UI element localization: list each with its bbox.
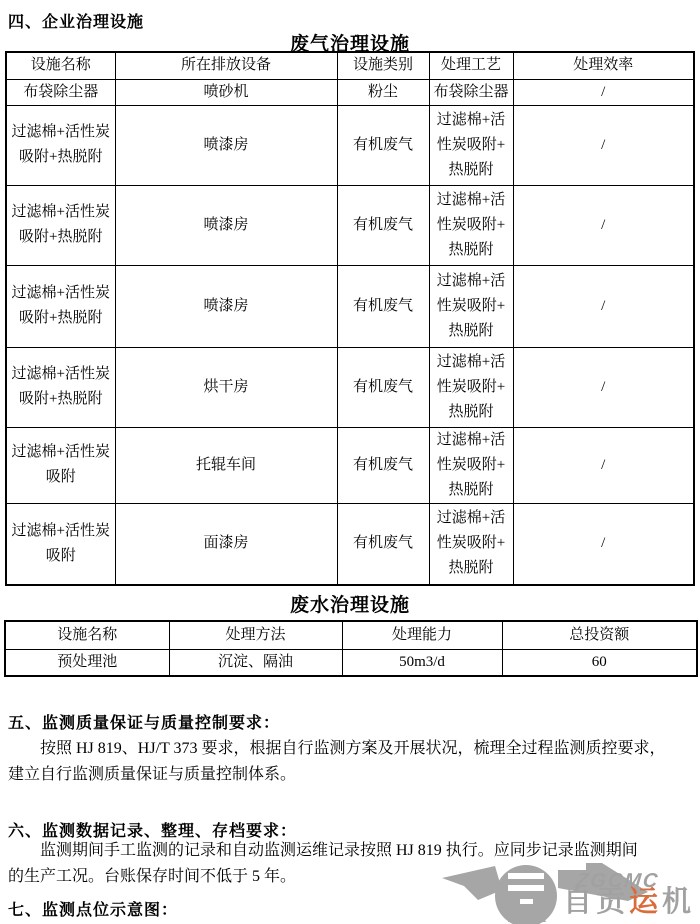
table-cell: 60 bbox=[502, 649, 697, 676]
column-header: 处理方法 bbox=[169, 621, 342, 649]
table-cell: 喷砂机 bbox=[115, 79, 337, 105]
table-cell: 有机废气 bbox=[337, 265, 429, 347]
table-cell: 50m3/d bbox=[342, 649, 502, 676]
table-cell: 过滤棉+活 性炭吸附+ 热脱附 bbox=[429, 347, 513, 427]
table-cell: / bbox=[513, 79, 694, 105]
table-row: 过滤棉+活性炭 吸附+热脱附 喷漆房 有机废气 过滤棉+活 性炭吸附+ 热脱附 … bbox=[6, 105, 694, 185]
table-cell: 布袋除尘器 bbox=[6, 79, 115, 105]
watermark-char: 机 bbox=[662, 886, 695, 918]
table-cell: 有机废气 bbox=[337, 105, 429, 185]
table-cell: / bbox=[513, 347, 694, 427]
table-cell: 有机废气 bbox=[337, 185, 429, 265]
table-cell: 过滤棉+活 性炭吸附+ 热脱附 bbox=[429, 105, 513, 185]
table-cell: 过滤棉+活性炭 吸附+热脱附 bbox=[6, 265, 115, 347]
table-cell: 过滤棉+活性炭 吸附+热脱附 bbox=[6, 185, 115, 265]
watermark-cjk-text: 自贡运机 bbox=[563, 888, 695, 917]
table-cell: 托辊车间 bbox=[115, 427, 337, 503]
column-header: 所在排放设备 bbox=[115, 52, 337, 79]
table-cell: 布袋除尘器 bbox=[429, 79, 513, 105]
table-row: 过滤棉+活性炭 吸附+热脱附 烘干房 有机废气 过滤棉+活 性炭吸附+ 热脱附 … bbox=[6, 347, 694, 427]
table-cell: 喷漆房 bbox=[115, 265, 337, 347]
left-wing-shape bbox=[442, 866, 502, 900]
emblem-line bbox=[508, 885, 544, 891]
table-cell: / bbox=[513, 265, 694, 347]
document-page: 四、企业治理设施 废气治理设施 设施名称 所在排放设备 设施类别 处理工艺 处理… bbox=[0, 0, 700, 924]
watermark-char: 自 bbox=[563, 886, 596, 918]
table-cell: 过滤棉+活 性炭吸附+ 热脱附 bbox=[429, 185, 513, 265]
water-table-header-row: 设施名称 处理方法 处理能力 总投资额 bbox=[5, 621, 697, 649]
company-watermark: ZGCMC 自贡运机 bbox=[440, 858, 700, 924]
table-cell: 过滤棉+活性炭 吸附+热脱附 bbox=[6, 105, 115, 185]
column-header: 处理能力 bbox=[342, 621, 502, 649]
column-header: 处理工艺 bbox=[429, 52, 513, 79]
table-cell: 预处理池 bbox=[5, 649, 169, 676]
water-table-title: 废水治理设施 bbox=[0, 590, 700, 617]
column-header: 处理效率 bbox=[513, 52, 694, 79]
table-cell: / bbox=[513, 105, 694, 185]
table-cell: 有机废气 bbox=[337, 427, 429, 503]
table-cell: / bbox=[513, 185, 694, 265]
table-row: 过滤棉+活性炭 吸附 面漆房 有机废气 过滤棉+活 性炭吸附+ 热脱附 / bbox=[6, 503, 694, 585]
emblem-line bbox=[508, 873, 544, 879]
table-row: 过滤棉+活性炭 吸附 托辊车间 有机废气 过滤棉+活 性炭吸附+ 热脱附 / bbox=[6, 427, 694, 503]
column-header: 总投资额 bbox=[502, 621, 697, 649]
table-cell: 有机废气 bbox=[337, 347, 429, 427]
table-cell: 喷漆房 bbox=[115, 105, 337, 185]
table-row: 过滤棉+活性炭 吸附+热脱附 喷漆房 有机废气 过滤棉+活 性炭吸附+ 热脱附 … bbox=[6, 265, 694, 347]
table-cell: 喷漆房 bbox=[115, 185, 337, 265]
section5-heading: 五、监测质量保证与质量控制要求： bbox=[8, 710, 280, 733]
table-cell: 烘干房 bbox=[115, 347, 337, 427]
emblem-line bbox=[520, 899, 533, 904]
column-header: 设施名称 bbox=[6, 52, 115, 79]
table-row: 过滤棉+活性炭 吸附+热脱附 喷漆房 有机废气 过滤棉+活 性炭吸附+ 热脱附 … bbox=[6, 185, 694, 265]
water-table: 设施名称 处理方法 处理能力 总投资额 预处理池 沉淀、隔油 50m3/d 60 bbox=[4, 620, 698, 677]
column-header: 设施类别 bbox=[337, 52, 429, 79]
table-cell: 过滤棉+活性炭 吸附 bbox=[6, 503, 115, 585]
table-cell: 沉淀、隔油 bbox=[169, 649, 342, 676]
gas-table: 设施名称 所在排放设备 设施类别 处理工艺 处理效率 布袋除尘器 喷砂机 粉尘 … bbox=[5, 51, 695, 586]
section5-paragraph: 按照 HJ 819、HJ/T 373 要求，根据自行监测方案及开展状况，梳理全过… bbox=[8, 736, 696, 788]
watermark-char: 贡 bbox=[596, 886, 629, 918]
watermark-char: 运 bbox=[629, 886, 662, 918]
table-row: 预处理池 沉淀、隔油 50m3/d 60 bbox=[5, 649, 697, 676]
column-header: 设施名称 bbox=[5, 621, 169, 649]
table-cell: 粉尘 bbox=[337, 79, 429, 105]
table-cell: 面漆房 bbox=[115, 503, 337, 585]
table-cell: 过滤棉+活 性炭吸附+ 热脱附 bbox=[429, 265, 513, 347]
table-cell: / bbox=[513, 503, 694, 585]
table-cell: 有机废气 bbox=[337, 503, 429, 585]
table-cell: 过滤棉+活性炭 吸附+热脱附 bbox=[6, 347, 115, 427]
table-cell: 过滤棉+活 性炭吸附+ 热脱附 bbox=[429, 503, 513, 585]
table-cell: 过滤棉+活性炭 吸附 bbox=[6, 427, 115, 503]
gas-table-header-row: 设施名称 所在排放设备 设施类别 处理工艺 处理效率 bbox=[6, 52, 694, 79]
section7-heading: 七、监测点位示意图： bbox=[8, 897, 178, 920]
table-cell: 过滤棉+活 性炭吸附+ 热脱附 bbox=[429, 427, 513, 503]
table-row: 布袋除尘器 喷砂机 粉尘 布袋除尘器 / bbox=[6, 79, 694, 105]
table-cell: / bbox=[513, 427, 694, 503]
